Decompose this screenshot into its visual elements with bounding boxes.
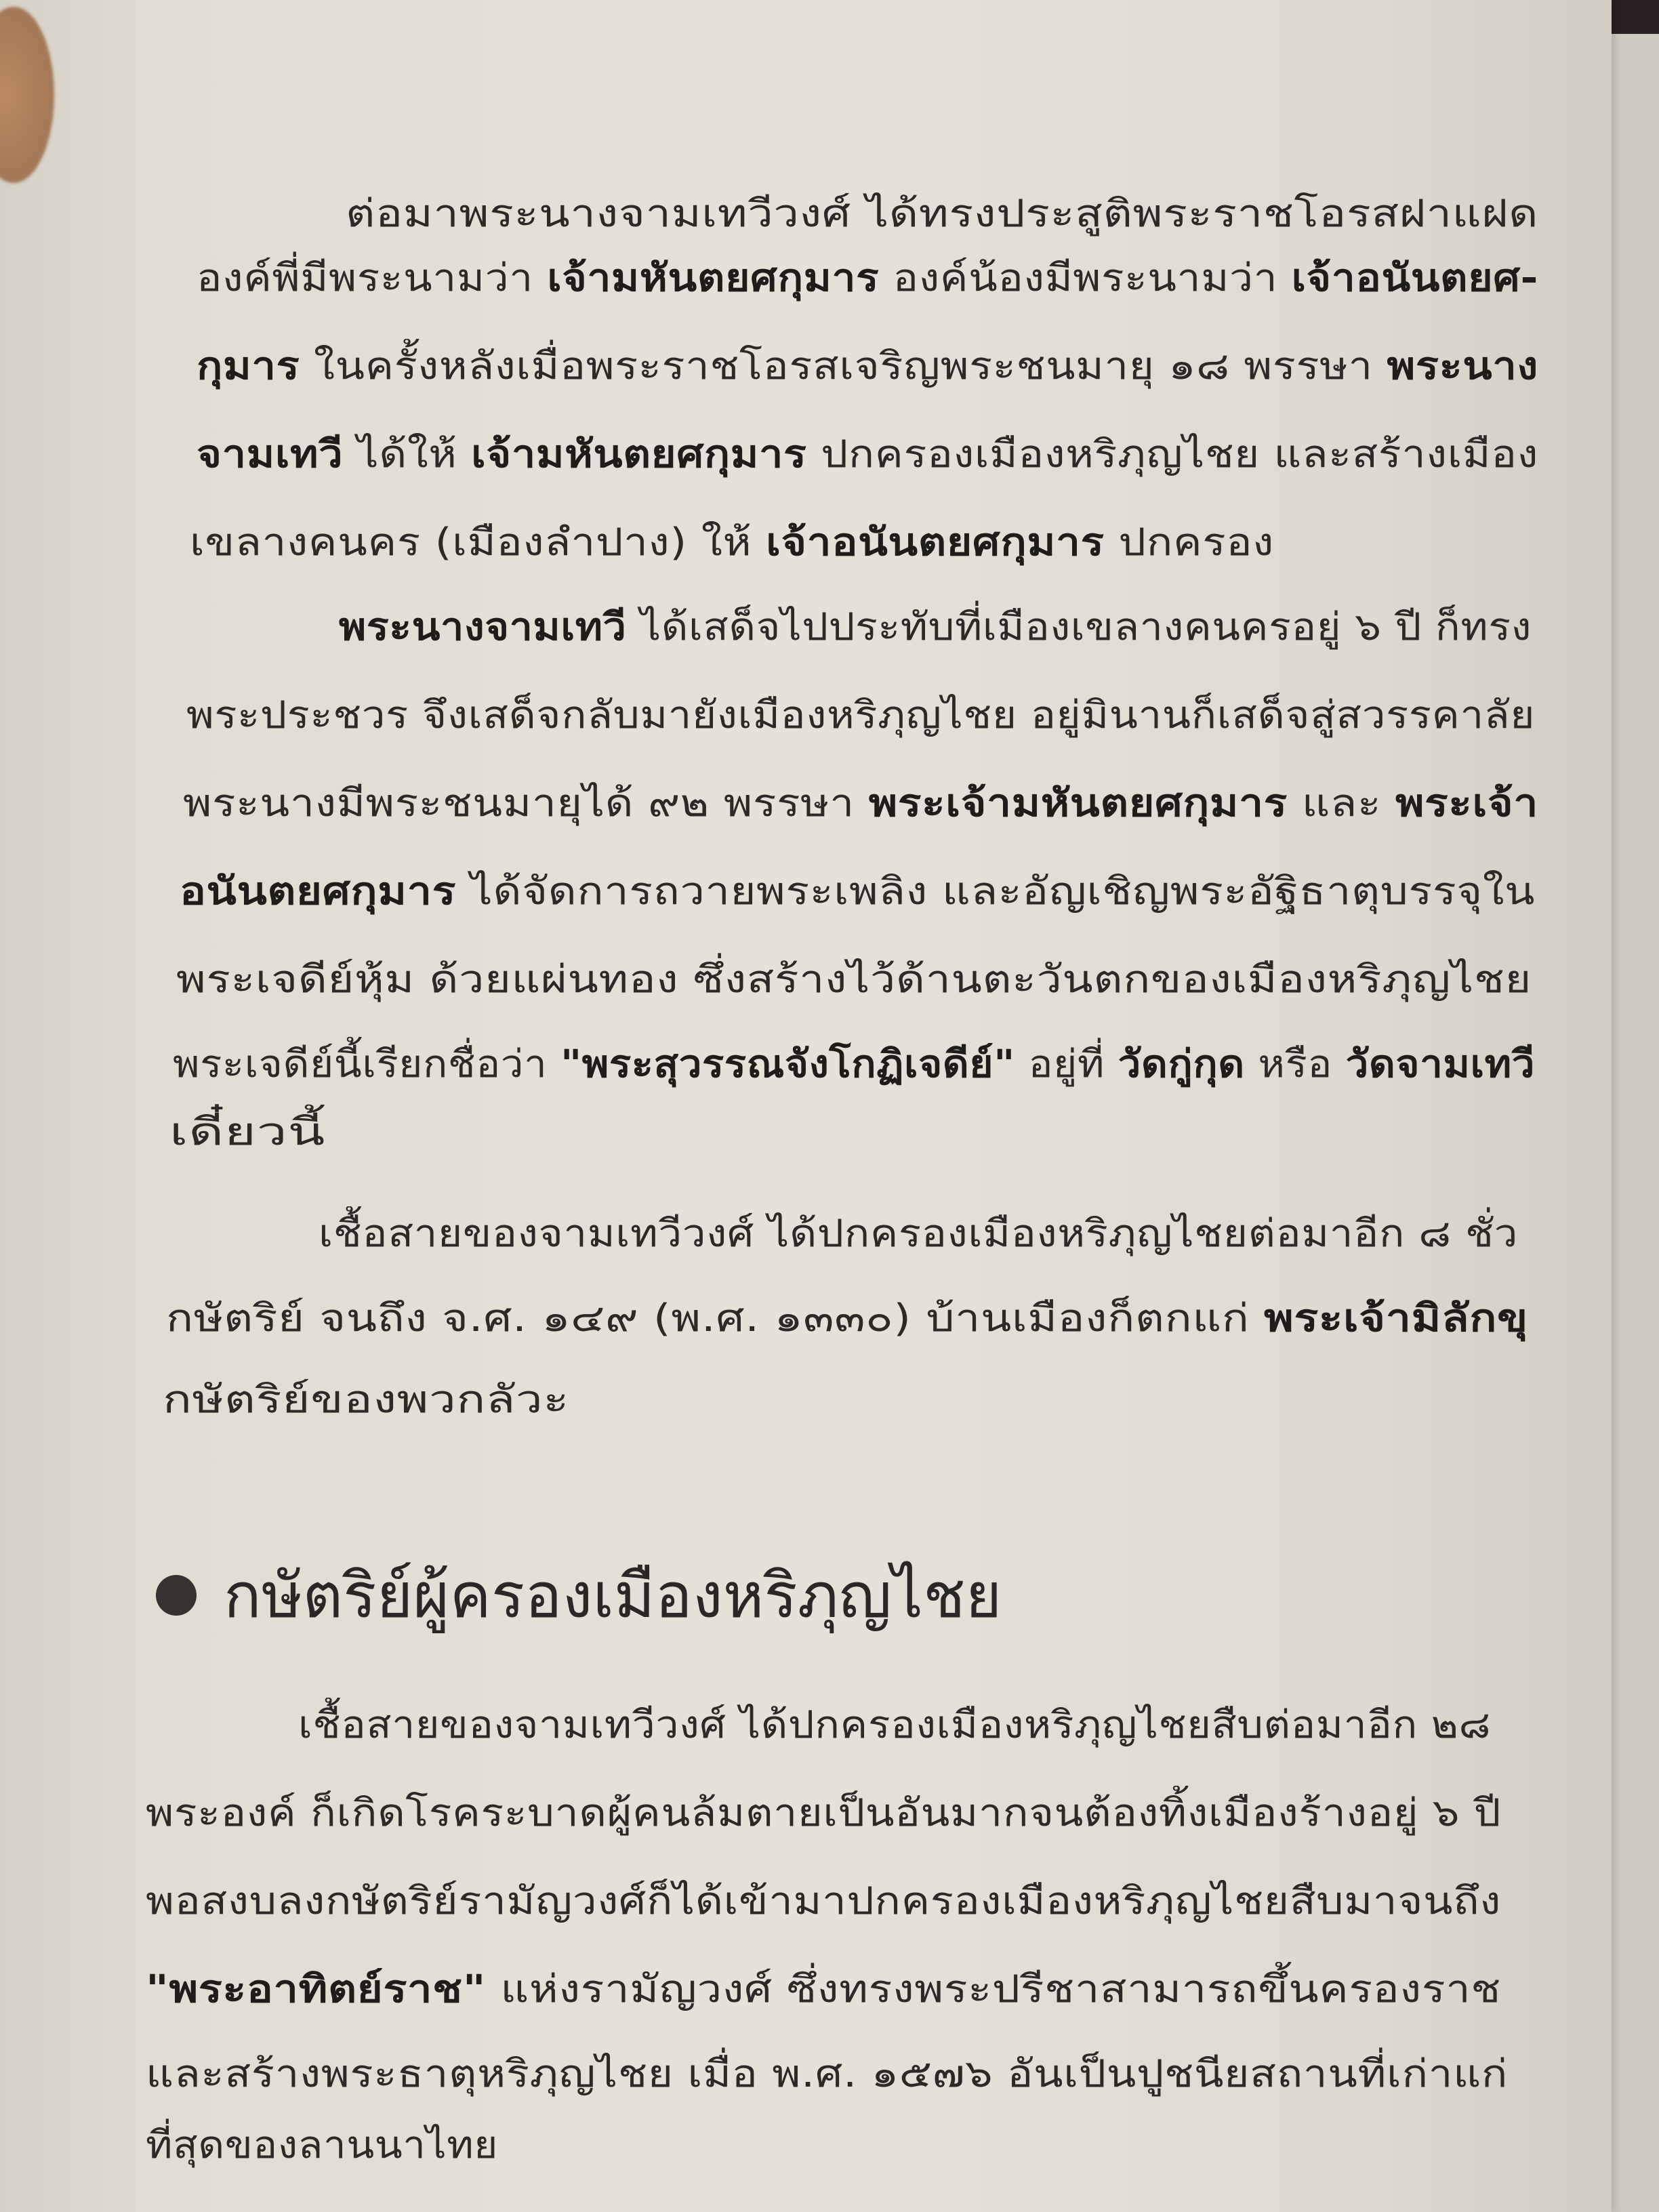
text-run: กษัตริย์ จนถึง จ.ศ. ๑๔๙ (พ.ศ. ๑๓๓๐) บ้าน… <box>166 1296 1264 1340</box>
bullet-icon <box>156 1575 197 1616</box>
text-line: พระนางจามเทวี ได้เสด็จไปประทับที่เมืองเข… <box>339 596 1532 657</box>
thumb-finger <box>0 7 54 183</box>
text-line: อนันตยศกุมาร ได้จัดการถวายพระเพลิง และอั… <box>180 861 1535 921</box>
text-run: พอสงบลงกษัตริย์รามัญวงศ์ก็ได้เข้ามาปกครอ… <box>146 1879 1501 1923</box>
section-heading: กษัตริย์ผู้ครองเมืองหริภุญไชย <box>156 1545 1002 1645</box>
text-line: กษัตริย์ จนถึง จ.ศ. ๑๔๙ (พ.ศ. ๑๓๓๐) บ้าน… <box>166 1288 1528 1348</box>
bold-term: เจ้ามหันตยศกุมาร <box>471 432 806 476</box>
bold-term: อนันตยศกุมาร <box>180 869 456 914</box>
text-run: พระเจดีย์นี้เรียกชื่อว่า <box>173 1042 560 1086</box>
text-run: ในครั้งหลังเมื่อพระราชโอรสเจริญพระชนมายุ… <box>300 344 1387 388</box>
text-run: ได้เสด็จไปประทับที่เมืองเขลางคนครอยู่ ๖ … <box>627 605 1532 649</box>
text-run: องค์น้องมีพระนามว่า <box>879 256 1291 300</box>
text-run: พระองค์ ก็เกิดโรคระบาดผู้คนล้มตายเป็นอัน… <box>146 1791 1501 1835</box>
bold-term: "พระอาทิตย์ราช" <box>146 1967 486 2011</box>
text-run: และ <box>1288 781 1395 825</box>
text-line: พระองค์ ก็เกิดโรคระบาดผู้คนล้มตายเป็นอัน… <box>146 1782 1501 1843</box>
text-line: ต่อมาพระนางจามเทวีวงศ์ ได้ทรงประสูติพระร… <box>346 183 1538 243</box>
text-run: ที่สุดของลานนาไทย <box>146 2123 498 2167</box>
text-run: ปกครอง <box>1105 520 1274 565</box>
book-page: ต่อมาพระนางจามเทวีวงศ์ ได้ทรงประสูติพระร… <box>0 0 1612 2212</box>
bold-term: วัดกู่กุด <box>1118 1042 1245 1086</box>
text-line: และสร้างพระธาตุหริภุญไชย เมื่อ พ.ศ. ๑๕๗๖… <box>146 2043 1508 2104</box>
section-heading-text: กษัตริย์ผู้ครองเมืองหริภุญไชย <box>224 1545 1002 1645</box>
text-line: เชื้อสายของจามเทวีวงศ์ ได้ปกครองเมืองหริ… <box>319 1203 1518 1263</box>
text-run: ได้ให้ <box>343 432 471 476</box>
text-run: พระประชวร จึงเสด็จกลับมายังเมืองหริภุญไช… <box>186 693 1535 737</box>
text-run: เดี๋ยวนี้ <box>169 1110 325 1154</box>
bold-term: จามเทวี <box>197 432 343 476</box>
text-run: ต่อมาพระนางจามเทวีวงศ์ ได้ทรงประสูติพระร… <box>346 192 1538 236</box>
text-line: กุมาร ในครั้งหลังเมื่อพระราชโอรสเจริญพระ… <box>197 335 1538 396</box>
text-line: องค์พี่มีพระนามว่า เจ้ามหันตยศกุมาร องค์… <box>197 247 1538 308</box>
text-run: หรือ <box>1245 1042 1346 1086</box>
text-run: เชื้อสายของจามเทวีวงศ์ ได้ปกครองเมืองหริ… <box>319 1212 1518 1256</box>
bold-term: เจ้ามหันตยศกุมาร <box>547 256 879 300</box>
text-run: องค์พี่มีพระนามว่า <box>197 256 547 300</box>
bold-term: พระเจ้า <box>1395 781 1538 825</box>
bold-term: วัดจามเทวี <box>1346 1042 1535 1086</box>
text-line: พระเจดีย์นี้เรียกชื่อว่า "พระสุวรรณจังโก… <box>173 1033 1535 1094</box>
text-run: ได้จัดการถวายพระเพลิง และอัญเชิญพระอัฐิธ… <box>456 869 1535 914</box>
text-line: เชื้อสายของจามเทวีวงศ์ ได้ปกครองเมืองหริ… <box>298 1694 1491 1755</box>
text-run: และสร้างพระธาตุหริภุญไชย เมื่อ พ.ศ. ๑๕๗๖… <box>146 2052 1508 2096</box>
text-line: ที่สุดของลานนาไทย <box>146 2114 498 2175</box>
bold-term: พระนาง <box>1387 344 1538 388</box>
text-run: เชื้อสายของจามเทวีวงศ์ ได้ปกครองเมืองหริ… <box>298 1703 1491 1747</box>
text-line: เดี๋ยวนี้ <box>169 1101 325 1162</box>
text-run: พระเจดีย์หุ้ม ด้วยแผ่นทอง ซึ่งสร้างไว้ด้… <box>176 958 1532 1002</box>
text-line: พอสงบลงกษัตริย์รามัญวงศ์ก็ได้เข้ามาปกครอ… <box>146 1870 1501 1931</box>
text-run: เขลางคนคร (เมืองลำปาง) ให้ <box>190 520 766 565</box>
text-line: พระประชวร จึงเสด็จกลับมายังเมืองหริภุญไช… <box>186 684 1535 745</box>
text-run: พระนางมีพระชนมายุได้ ๙๒ พรรษา <box>183 781 869 825</box>
text-run: กษัตริย์ของพวกลัวะ <box>163 1378 569 1422</box>
text-line: กษัตริย์ของพวกลัวะ <box>163 1369 569 1429</box>
bold-term: "พระสุวรรณจังโกฏิเจดีย์" <box>560 1042 1015 1086</box>
bold-term: เจ้าอนันตยศ- <box>1292 256 1538 300</box>
text-line: "พระอาทิตย์ราช" แห่งรามัญวงศ์ ซึ่งทรงพระ… <box>146 1959 1501 2019</box>
bold-term: เจ้าอนันตยศกุมาร <box>766 520 1104 565</box>
text-line: จามเทวี ได้ให้ เจ้ามหันตยศกุมาร ปกครองเม… <box>197 424 1538 484</box>
bold-term: พระนางจามเทวี <box>339 605 627 649</box>
bold-term: พระเจ้ามหันตยศกุมาร <box>869 781 1288 825</box>
text-run: อยู่ที่ <box>1015 1042 1118 1086</box>
text-line: พระเจดีย์หุ้ม ด้วยแผ่นทอง ซึ่งสร้างไว้ด้… <box>176 949 1532 1009</box>
text-line: พระนางมีพระชนมายุได้ ๙๒ พรรษา พระเจ้ามหั… <box>183 773 1538 833</box>
bold-term: พระเจ้ามิลักขุ <box>1264 1296 1528 1340</box>
text-run: แห่งรามัญวงศ์ ซึ่งทรงพระปรีชาสามารถขึ้นค… <box>486 1967 1501 2011</box>
text-line: เขลางคนคร (เมืองลำปาง) ให้ เจ้าอนันตยศกุ… <box>190 512 1274 572</box>
text-run: ปกครองเมืองหริภุญไชย และสร้างเมือง <box>807 432 1538 476</box>
bold-term: กุมาร <box>197 344 300 388</box>
